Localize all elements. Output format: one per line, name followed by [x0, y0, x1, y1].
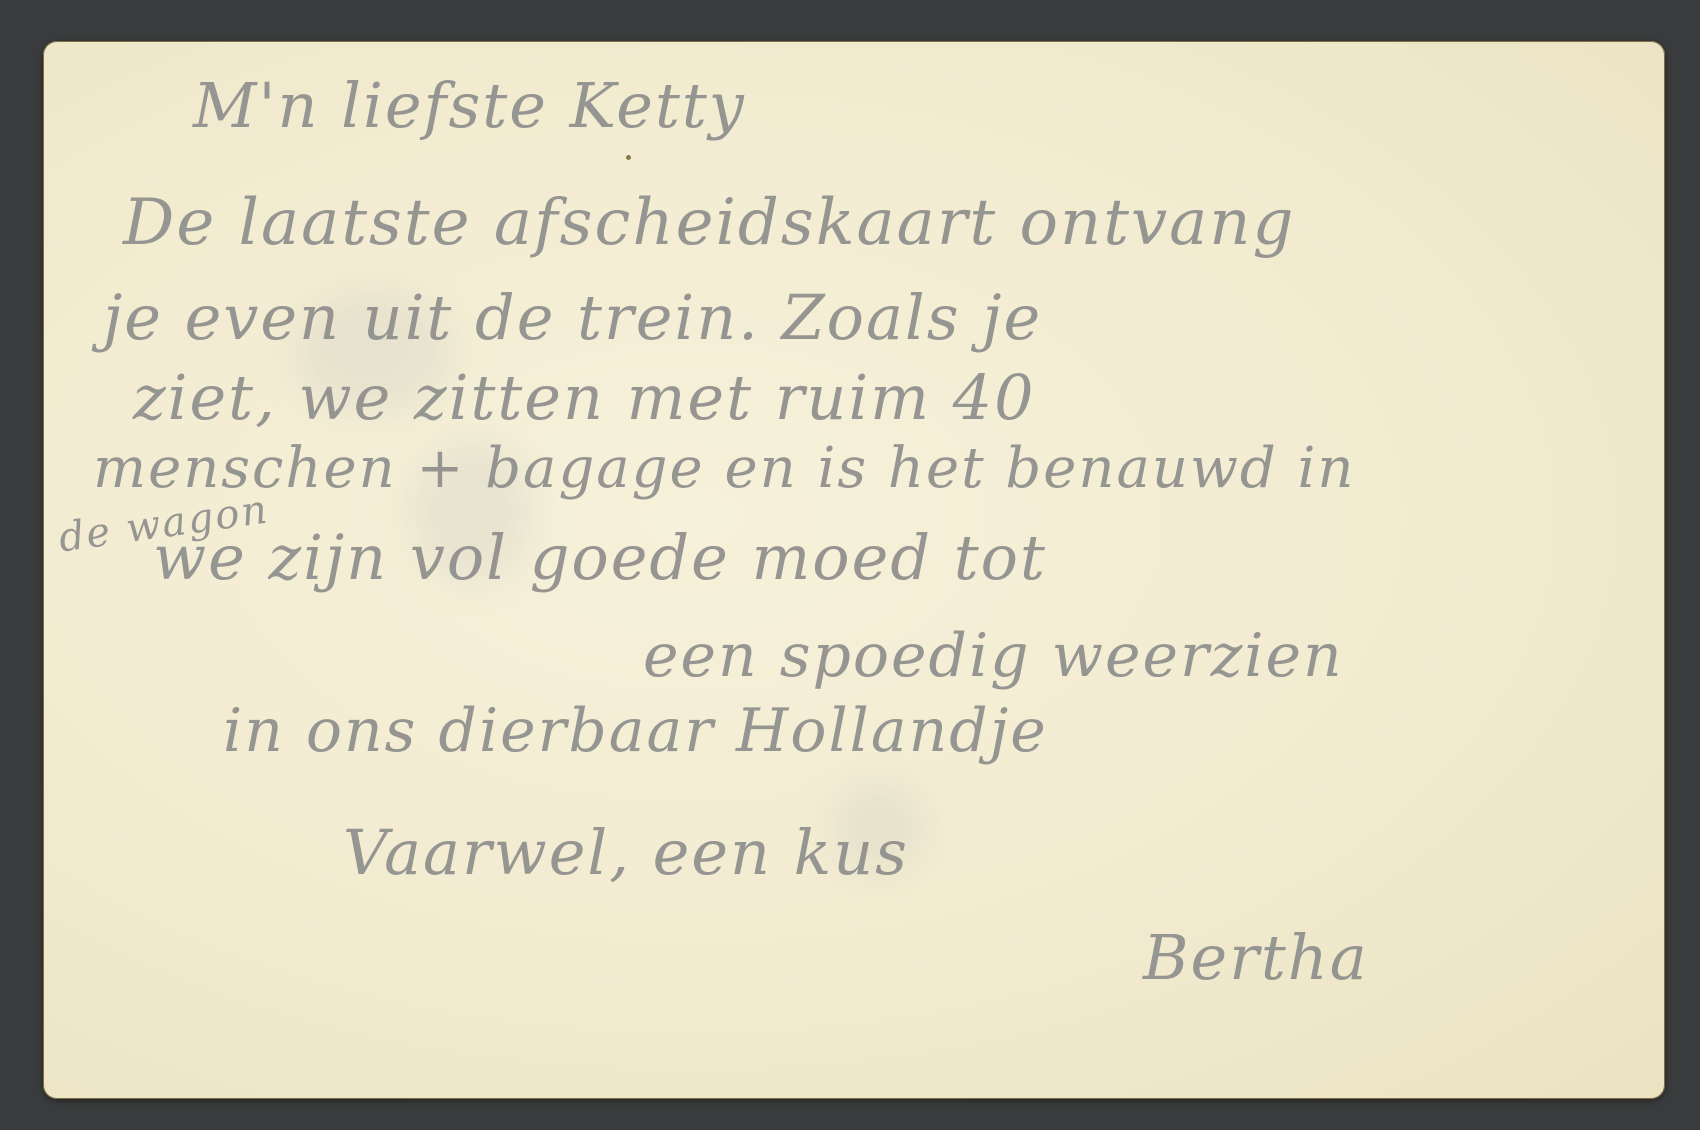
message-line-6: een spoedig weerzien [643, 621, 1344, 691]
message-line-5: we zijn vol goede moed tot [153, 521, 1047, 594]
greeting-line: M'n liefste Ketty [193, 69, 746, 142]
paper-speck [626, 155, 631, 160]
message-line-4: menschen + bagage en is het benauwd in [93, 436, 1356, 501]
message-line-3: ziet, we zitten met ruim 40 [133, 361, 1036, 434]
message-line-1: De laatste afscheidskaart ontvang [123, 186, 1295, 260]
signature: Bertha [1143, 921, 1369, 994]
closing-line: Vaarwel, een kus [343, 816, 909, 889]
message-line-7: in ons dierbaar Hollandje [223, 696, 1048, 766]
postcard: M'n liefste Ketty De laatste afscheidska… [43, 41, 1665, 1099]
message-line-2: je even uit de trein. Zoals je [103, 281, 1042, 354]
